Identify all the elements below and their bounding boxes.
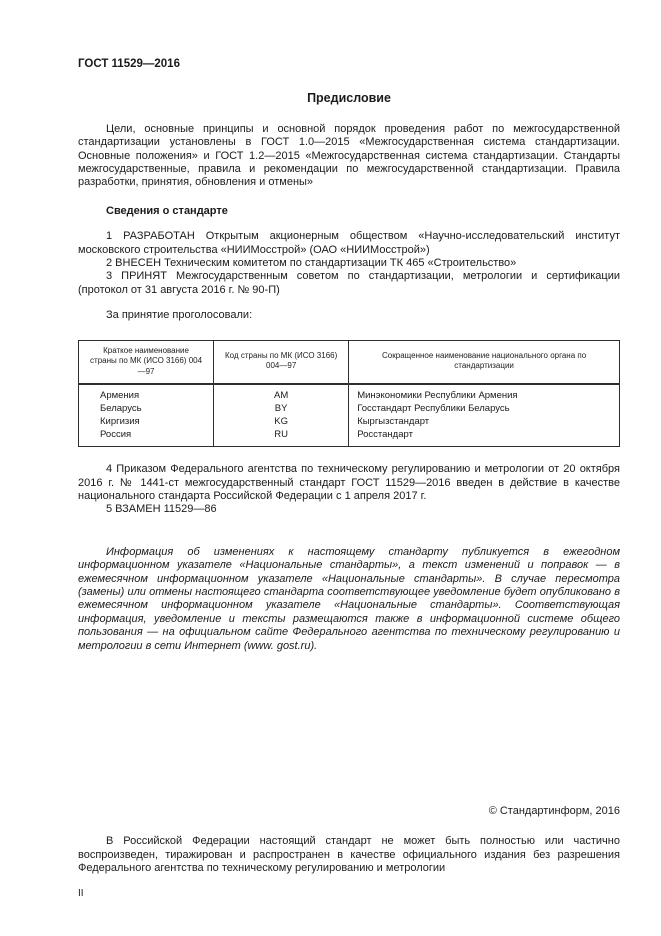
- cell-org: Госстандарт Республики Беларусь: [349, 402, 620, 415]
- cell-org: Кыргызстандарт: [349, 415, 620, 428]
- reproduction-restriction-note: В Российской Федерации настоящий стандар…: [78, 835, 620, 875]
- standard-info-item-3: 3 ПРИНЯТ Межгосударственным советом по с…: [78, 270, 620, 297]
- cell-country: Россия: [79, 428, 214, 447]
- table-row: Беларусь BY Госстандарт Республики Белар…: [79, 402, 620, 415]
- table-row: Армения AM Минэкономики Республики Армен…: [79, 384, 620, 402]
- standard-info-heading: Сведения о стандарте: [78, 205, 620, 218]
- standard-info-item-5: 5 ВЗАМЕН 11529—86: [78, 503, 620, 516]
- cell-org: Росстандарт: [349, 428, 620, 447]
- cell-code: KG: [214, 415, 349, 428]
- table-row: Киргизия KG Кыргызстандарт: [79, 415, 620, 428]
- cell-code: RU: [214, 428, 349, 447]
- cell-country: Армения: [79, 384, 214, 402]
- cell-country: Беларусь: [79, 402, 214, 415]
- copyright-notice: © Стандартинформ, 2016: [78, 805, 620, 818]
- standard-info-items: 1 РАЗРАБОТАН Открытым акционерным общест…: [78, 230, 620, 297]
- page-title: Предисловие: [78, 92, 620, 105]
- vote-table-head: Краткое наименование страны по МК (ИСО 3…: [79, 340, 620, 384]
- table-header-country: Краткое наименование страны по МК (ИСО 3…: [79, 340, 214, 384]
- table-header-org: Сокращенное наименование национального о…: [349, 340, 620, 384]
- standard-info-item-2: 2 ВНЕСЕН Техническим комитетом по станда…: [78, 257, 620, 270]
- cell-code: AM: [214, 384, 349, 402]
- vote-lead-text: За принятие проголосовали:: [78, 309, 620, 322]
- document-page: ГОСТ 11529—2016 Предисловие Цели, основн…: [0, 0, 661, 936]
- intro-paragraph: Цели, основные принципы и основной поряд…: [78, 123, 620, 190]
- cell-org: Минэкономики Республики Армения: [349, 384, 620, 402]
- cell-code: BY: [214, 402, 349, 415]
- table-header-row: Краткое наименование страны по МК (ИСО 3…: [79, 340, 620, 384]
- table-row: Россия RU Росстандарт: [79, 428, 620, 447]
- vote-table-body: Армения AM Минэкономики Республики Армен…: [79, 384, 620, 447]
- vote-table: Краткое наименование страны по МК (ИСО 3…: [78, 340, 620, 448]
- amendment-info-note: Информация об изменениях к настоящему ст…: [78, 546, 620, 653]
- standard-info-item-4: 4 Приказом Федерального агентства по тех…: [78, 463, 620, 503]
- cell-country: Киргизия: [79, 415, 214, 428]
- table-header-code: Код страны по МК (ИСО 3166) 004—97: [214, 340, 349, 384]
- standard-info-item-1: 1 РАЗРАБОТАН Открытым акционерным общест…: [78, 230, 620, 257]
- page-number: II: [78, 887, 620, 900]
- document-id-header: ГОСТ 11529—2016: [78, 58, 620, 71]
